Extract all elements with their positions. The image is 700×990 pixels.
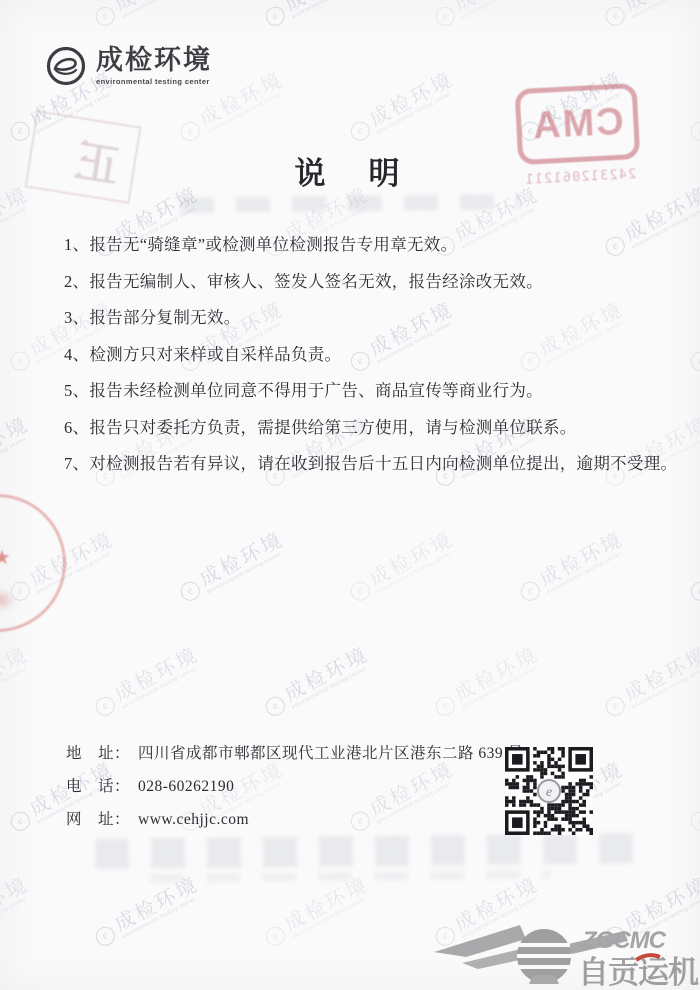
contact-block: 地 址： 四川省成都市郫都区现代工业港北片区港东二路 639 号 电 话： 02…	[66, 743, 524, 842]
contact-phone-row: 电 话： 028-60262190	[66, 776, 524, 798]
note-item: 3、报告部分复制无效。	[64, 307, 682, 329]
header-logo: 成检环境 environmental testing center	[44, 44, 212, 88]
note-item: 2、报告无编制人、审核人、签发人签名无效，报告经涂改无效。	[64, 271, 682, 293]
contact-phone-label: 电 话：	[66, 776, 138, 798]
contact-address-row: 地 址： 四川省成都市郫都区现代工业港北片区港东二路 639 号	[66, 743, 524, 765]
note-item: 1、报告无“骑缝章”或检测单位检测报告专用章无效。	[64, 234, 682, 256]
contact-phone-value: 028-60262190	[138, 776, 234, 798]
brand-e-circle-icon	[44, 44, 88, 88]
page-title: 说 明	[0, 148, 700, 193]
partner-logo-en: ZGCMC	[581, 927, 667, 954]
note-item: 4、检测方只对来样或自采样品负责。	[64, 344, 682, 366]
content-layer: 成检环境 environmental testing center 说 明 1、…	[0, 0, 700, 990]
brand-tagline: environmental testing center	[96, 77, 212, 86]
note-item: 7、对检测报告若有异议，请在收到报告后十五日内向检测单位提出，逾期不受理。	[64, 453, 682, 475]
contact-address-value: 四川省成都市郫都区现代工业港北片区港东二路 639 号	[138, 743, 524, 765]
partner-logo: ZGCMC 自贡运机	[432, 918, 700, 990]
contact-website-value: www.cehjjc.com	[138, 809, 249, 831]
note-item: 5、报告未经检测单位同意不得用于广告、商品宣传等商业行为。	[64, 380, 682, 402]
notes-list: 1、报告无“骑缝章”或检测单位检测报告专用章无效。 2、报告无编制人、审核人、签…	[64, 234, 682, 490]
brand-name: 成检环境	[96, 47, 212, 74]
contact-website-row: 网 址： www.cehjjc.com	[66, 809, 524, 831]
qr-code: e	[505, 747, 593, 835]
svg-text:e: e	[546, 785, 552, 800]
document-page: e成检环境environmental testing centere成检环境en…	[0, 0, 700, 990]
contact-address-label: 地 址：	[66, 743, 138, 765]
contact-website-label: 网 址：	[66, 809, 138, 831]
note-item: 6、报告只对委托方负责，需提供给第三方使用，请与检测单位联系。	[64, 417, 682, 439]
